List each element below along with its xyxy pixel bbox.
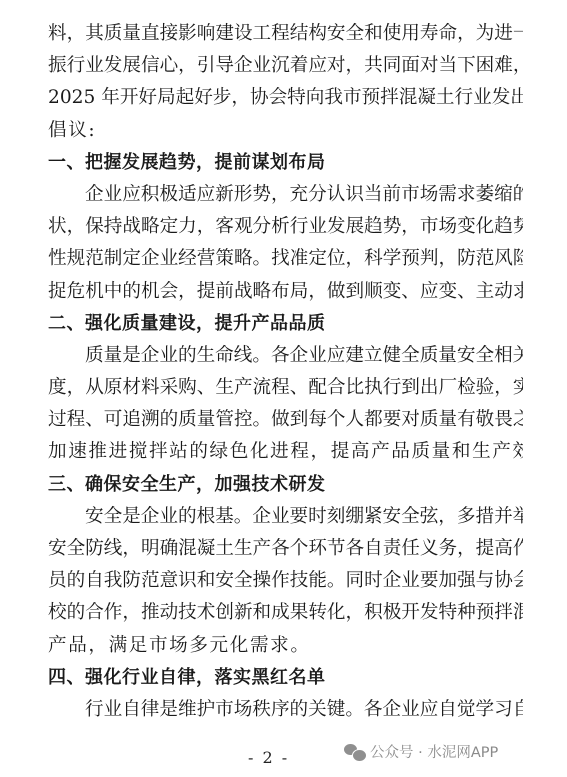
paragraph-line: 性规范制定企业经营策略。找准定位，科学预判，防范风险，捕 [48,243,523,275]
document-page: 料，其质量直接影响建设工程结构安全和使用寿命，为进一步提 振行业发展信心，引导企… [48,18,523,726]
paragraph-line: 安全防线，明确混凝土生产各个环节各自责任义务，提高作业人 [48,533,523,565]
paragraph-line: 振行业发展信心，引导企业沉着应对，共同面对当下困难，为 [48,50,523,82]
watermark-text: 公众号 · 水泥网APP [370,741,498,762]
section-heading-4: 四、强化行业自律，落实黑红名单 [48,662,523,694]
paragraph-line: 加速推进搅拌站的绿色化进程，提高产品质量和生产效率。 [48,436,523,468]
paragraph-line: 2025 年开好局起好步，协会特向我市预拌混凝土行业发出以下 [48,82,523,114]
page-number: - 2 - [248,748,289,767]
paragraph-line: 质量是企业的生命线。各企业应建立健全质量安全相关制 [48,340,523,372]
paragraph-line: 安全是企业的根基。企业要时刻绷紧安全弦，多措并举筑牢 [48,501,523,533]
paragraph-line: 行业自律是维护市场秩序的关键。各企业应自觉学习自律公 [48,694,523,726]
paragraph-line: 过程、可追溯的质量管控。做到每个人都要对质量有敬畏之心， [48,404,523,436]
watermark: 公众号 · 水泥网APP [344,741,498,762]
paragraph-line: 倡议: [48,115,523,147]
paragraph-line: 产品，满足市场多元化需求。 [48,630,523,662]
paragraph-line: 度，从原材料采购、生产流程、配合比执行到出厂检验，实施全 [48,372,523,404]
wechat-icon [344,744,366,760]
paragraph-line: 校的合作，推动技术创新和成果转化，积极开发特种预拌混凝土 [48,597,523,629]
paragraph-line: 料，其质量直接影响建设工程结构安全和使用寿命，为进一步提 [48,18,523,50]
section-heading-1: 一、把握发展趋势，提前谋划布局 [48,147,523,179]
paragraph-line: 捉危机中的机会，提前战略布局，做到顺变、应变、主动求变。 [48,276,523,308]
paragraph-line: 员的自我防范意识和安全操作技能。同时企业要加强与协会、高 [48,565,523,597]
section-heading-2: 二、强化质量建设，提升产品品质 [48,308,523,340]
section-heading-3: 三、确保安全生产，加强技术研发 [48,469,523,501]
paragraph-line: 企业应积极适应新形势，充分认识当前市场需求萎缩的现 [48,179,523,211]
paragraph-line: 状，保持战略定力，客观分析行业发展趋势，市场变化趋势，理 [48,211,523,243]
